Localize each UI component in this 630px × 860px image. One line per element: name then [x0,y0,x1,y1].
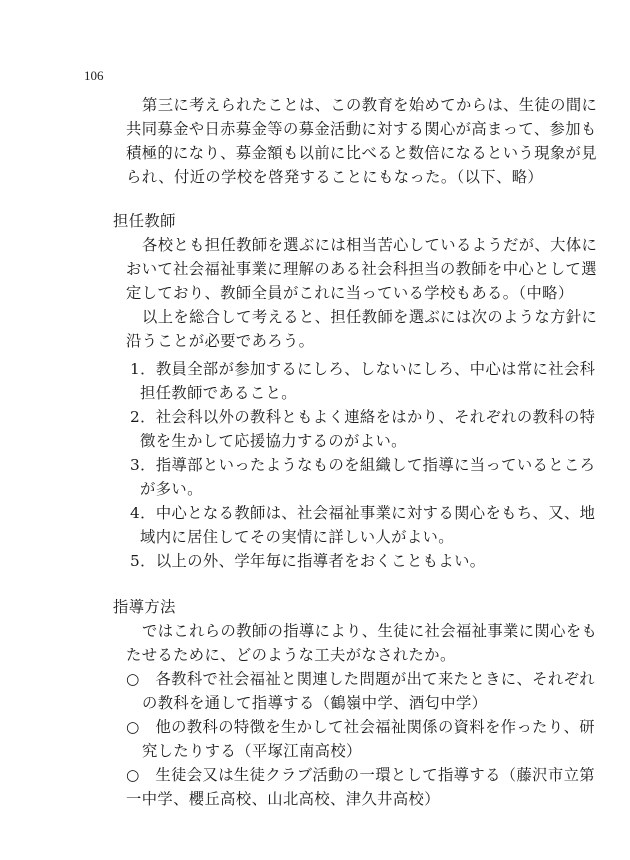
list-item-line: 3．指導部といったようなものを組織して指導に当っているところ [130,456,595,474]
list-item-line: 5．以上の外、学年毎に指導者をおくこともよい。 [130,552,485,570]
text-line: たせるために、どのような工夫がなされたか。 [126,646,456,664]
text-line: 各校とも担任教師を選ぶには相当苦心しているようだが、大体に [142,236,597,254]
list-item-line: 1．教員全部が参加するにしろ、しないにしろ、中心は常に社会科 [130,360,595,378]
text-line: おいて社会福祉事業に理解のある社会科担当の教師を中心として選 [126,260,597,278]
text-line: 共同募金や日赤募金等の募金活動に対する関心が高まって、参加も [126,120,597,138]
text-line: ではこれらの教師の指導により、生徒に社会福祉事業に関心をも [142,622,597,640]
page-number: 106 [84,68,104,84]
text-line: 以上を総合して考えると、担任教師を選ぶには次のような方針に [142,308,597,326]
list-item-line: ○ 各教科で社会福祉と関連した問題が出て来たときに、それぞれ [126,670,595,688]
text-line: 定しており、教師全員がこれに当っている学校もある。（中略） [126,284,574,302]
list-item-line: 2．社会科以外の教科ともよく連絡をはかり、それぞれの教科の特 [130,408,595,426]
list-item-line: ○ 生徒会又は生徒クラブ活動の一環として指導する（藤沢市立第 [126,766,595,784]
text-line: 沿うことが必要であろう。 [126,332,314,350]
section-heading: 担任教師 [113,212,176,230]
list-item-line: 担任教師であること。 [140,384,297,402]
list-item-line: の教科を通して指導する（鶴嶺中学、酒匂中学） [142,694,487,712]
list-item-line: 域内に居住してその実情に詳しい人がよい。 [140,528,454,546]
section-heading: 指導方法 [113,598,176,616]
list-item-line: 一中学、櫻丘高校、山北高校、津久井高校） [126,790,440,808]
text-line: 積極的になり、募金額も以前に比べると数倍になるという現象が見 [126,144,597,162]
text-line: られ、付近の学校を啓発することにもなった。（以下、略） [126,168,543,186]
list-item-line: 究したりする（平塚江南高校） [142,742,362,760]
list-item-line: ○ 他の教科の特徴を生かして社会福祉関係の資料を作ったり、研 [126,718,595,736]
list-item-line: 徴を生かして応援協力するのがよい。 [140,432,407,450]
list-item-line: 4．中心となる教師は、社会福祉事業に対する関心をもち、又、地 [130,504,595,522]
list-item-line: が多い。 [140,480,203,498]
text-line: 第三に考えられたことは、この教育を始めてからは、生徒の間に [142,96,597,114]
